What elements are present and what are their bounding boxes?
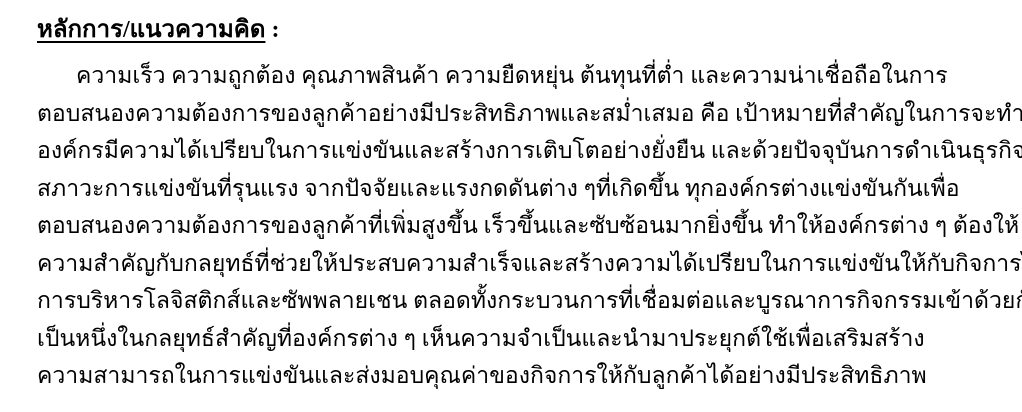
paragraph-line: สภาวะการแข่งขันที่รุนแรง จากปัจจัยและแรง… bbox=[37, 170, 986, 208]
paragraph-line: ตอบสนองความต้องการของลูกค้าอย่างมีประสิท… bbox=[37, 95, 986, 133]
paragraph-line: ตอบสนองความต้องการของลูกค้าที่เพิ่มสูงขึ… bbox=[37, 207, 986, 245]
body-paragraph: ความเร็ว ความถูกต้อง คุณภาพสินค้า ความยื… bbox=[37, 57, 986, 395]
section-heading-text: หลักการ/แนวความคิด bbox=[37, 17, 265, 43]
section-heading-colon: : bbox=[265, 17, 279, 43]
paragraph-line: ความสามารถในการแข่งขันและส่งมอบคุณค่าของ… bbox=[37, 357, 986, 395]
paragraph-line: องค์กรมีความได้เปรียบในการแข่งขันและสร้า… bbox=[37, 132, 986, 170]
paragraph-line: เป็นหนึ่งในกลยุทธ์สำคัญที่องค์กรต่าง ๆ เ… bbox=[37, 320, 986, 358]
document-page: หลักการ/แนวความคิด : ความเร็ว ความถูกต้อ… bbox=[0, 0, 1022, 412]
paragraph-line: การบริหารโลจิสติกส์และซัพพลายเชน ตลอดทั้… bbox=[37, 282, 986, 320]
paragraph-line: ความเร็ว ความถูกต้อง คุณภาพสินค้า ความยื… bbox=[37, 57, 986, 95]
section-heading: หลักการ/แนวความคิด : bbox=[37, 14, 986, 46]
paragraph-line: ความสำคัญกับกลยุทธ์ที่ช่วยให้ประสบความสำ… bbox=[37, 245, 986, 283]
